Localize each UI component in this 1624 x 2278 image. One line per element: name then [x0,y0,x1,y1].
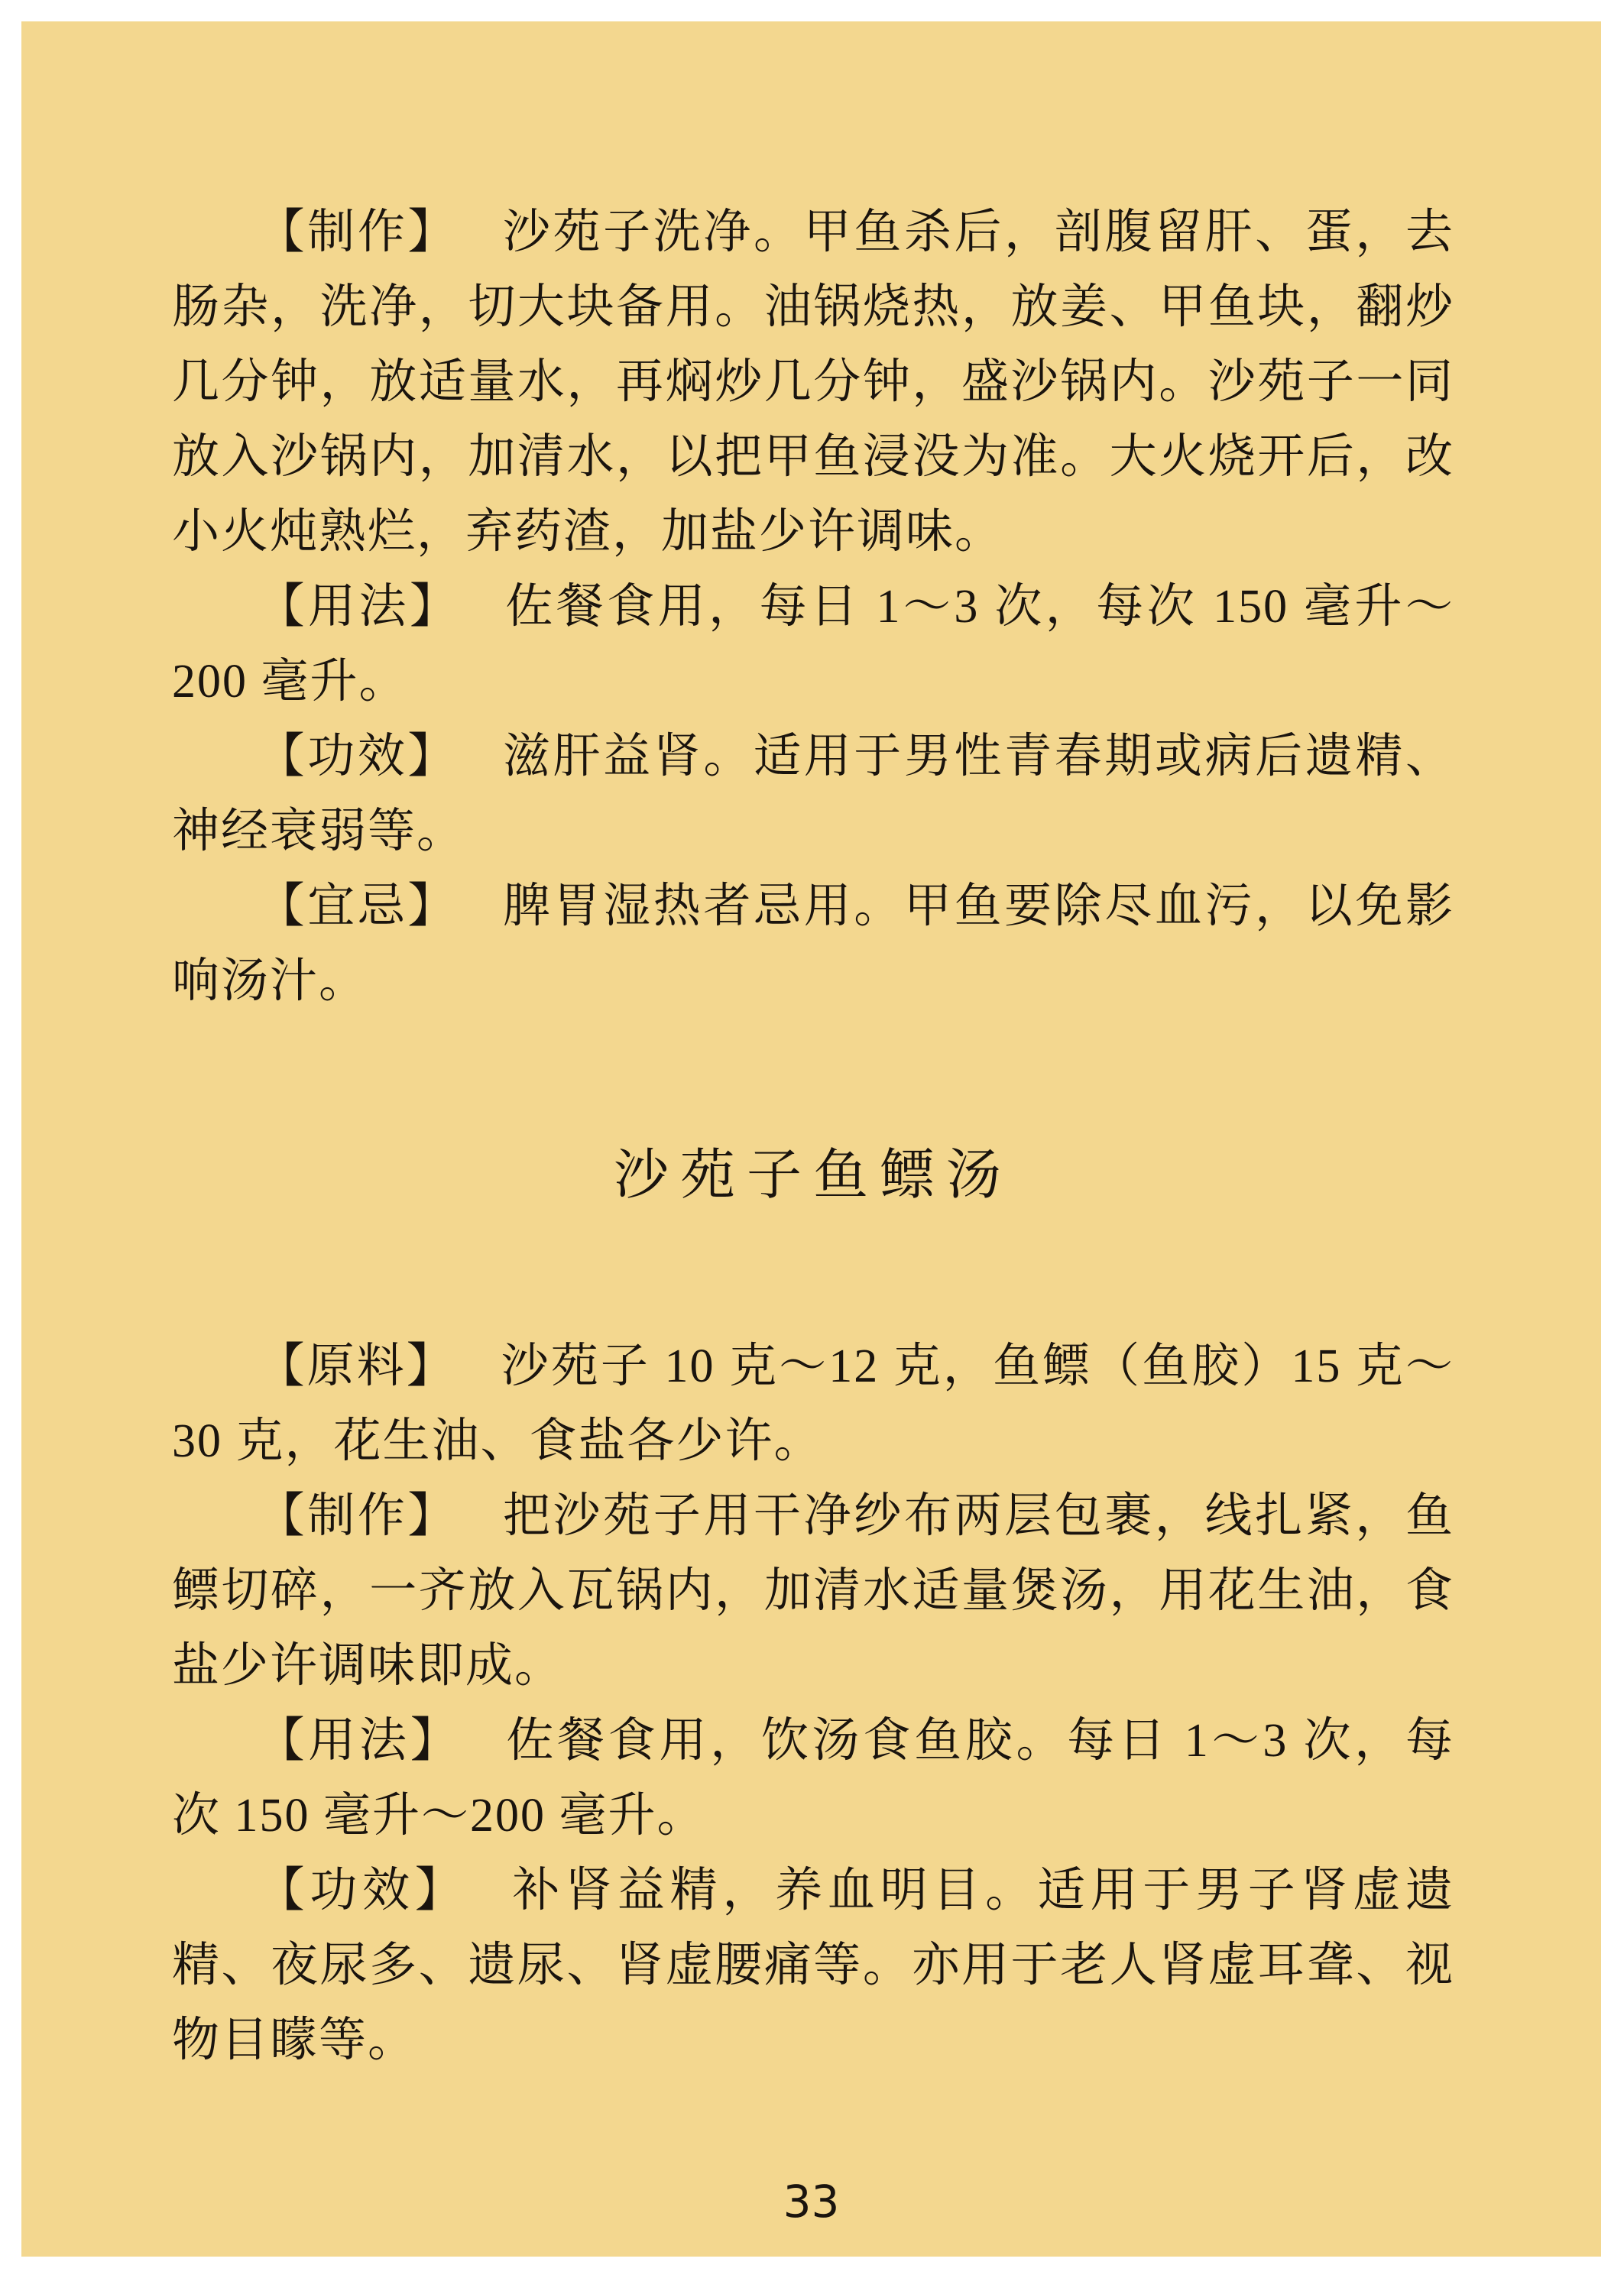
paragraph-usage-1: 【用法】佐餐食用，每日 1～3 次，每次 150 毫升～200 毫升。 [172,569,1454,719]
section-label-effect: 【功效】 [258,731,458,783]
paragraph-effect-2: 【功效】补肾益精，养血明目。适用于男子肾虚遗精、夜尿多、遗尿、肾虚腰痛等。亦用于… [172,1853,1454,2078]
paragraph-preparation-2: 【制作】把沙苑子用干净纱布两层包裹，线扎紧，鱼鳔切碎，一齐放入瓦锅内，加清水适量… [172,1479,1454,1703]
scanned-book-page: { "page": { "paper_color": "#F3D78F", "m… [0,0,1624,2278]
section-label-caution: 【宜忌】 [258,880,458,932]
page-paper: 【制作】沙苑子洗净。甲鱼杀后，剖腹留肝、蛋，去肠杂，洗净，切大块备用。油锅烧热，… [21,21,1601,2257]
section-label-usage-2: 【用法】 [258,1715,462,1767]
section-label-effect-2: 【功效】 [258,1865,468,1917]
section-text-preparation: 沙苑子洗净。甲鱼杀后，剖腹留肝、蛋，去肠杂，洗净，切大块备用。油锅烧热，放姜、甲… [172,206,1454,558]
section-label-preparation: 【制作】 [258,206,458,258]
page-number: 33 [21,2178,1601,2225]
page-content: 【制作】沙苑子洗净。甲鱼杀后，剖腹留肝、蛋，去肠杂，洗净，切大块备用。油锅烧热，… [21,21,1601,2078]
paragraph-preparation-1: 【制作】沙苑子洗净。甲鱼杀后，剖腹留肝、蛋，去肠杂，洗净，切大块备用。油锅烧热，… [172,195,1454,569]
section-label-preparation-2: 【制作】 [258,1490,458,1542]
section-label-ingredients: 【原料】 [258,1340,456,1392]
section-label-usage: 【用法】 [258,581,461,633]
paragraph-usage-2: 【用法】佐餐食用，饮汤食鱼胶。每日 1～3 次，每次 150 毫升～200 毫升… [172,1703,1454,1853]
paragraph-effect-1: 【功效】滋肝益肾。适用于男性青春期或病后遗精、神经衰弱等。 [172,719,1454,869]
paragraph-ingredients-2: 【原料】沙苑子 10 克～12 克，鱼鳔（鱼胶）15 克～30 克，花生油、食盐… [172,1329,1454,1479]
recipe-title: 沙苑子鱼鳔汤 [172,1133,1454,1217]
paragraph-caution-1: 【宜忌】脾胃湿热者忌用。甲鱼要除尽血污，以免影响汤汁。 [172,869,1454,1019]
